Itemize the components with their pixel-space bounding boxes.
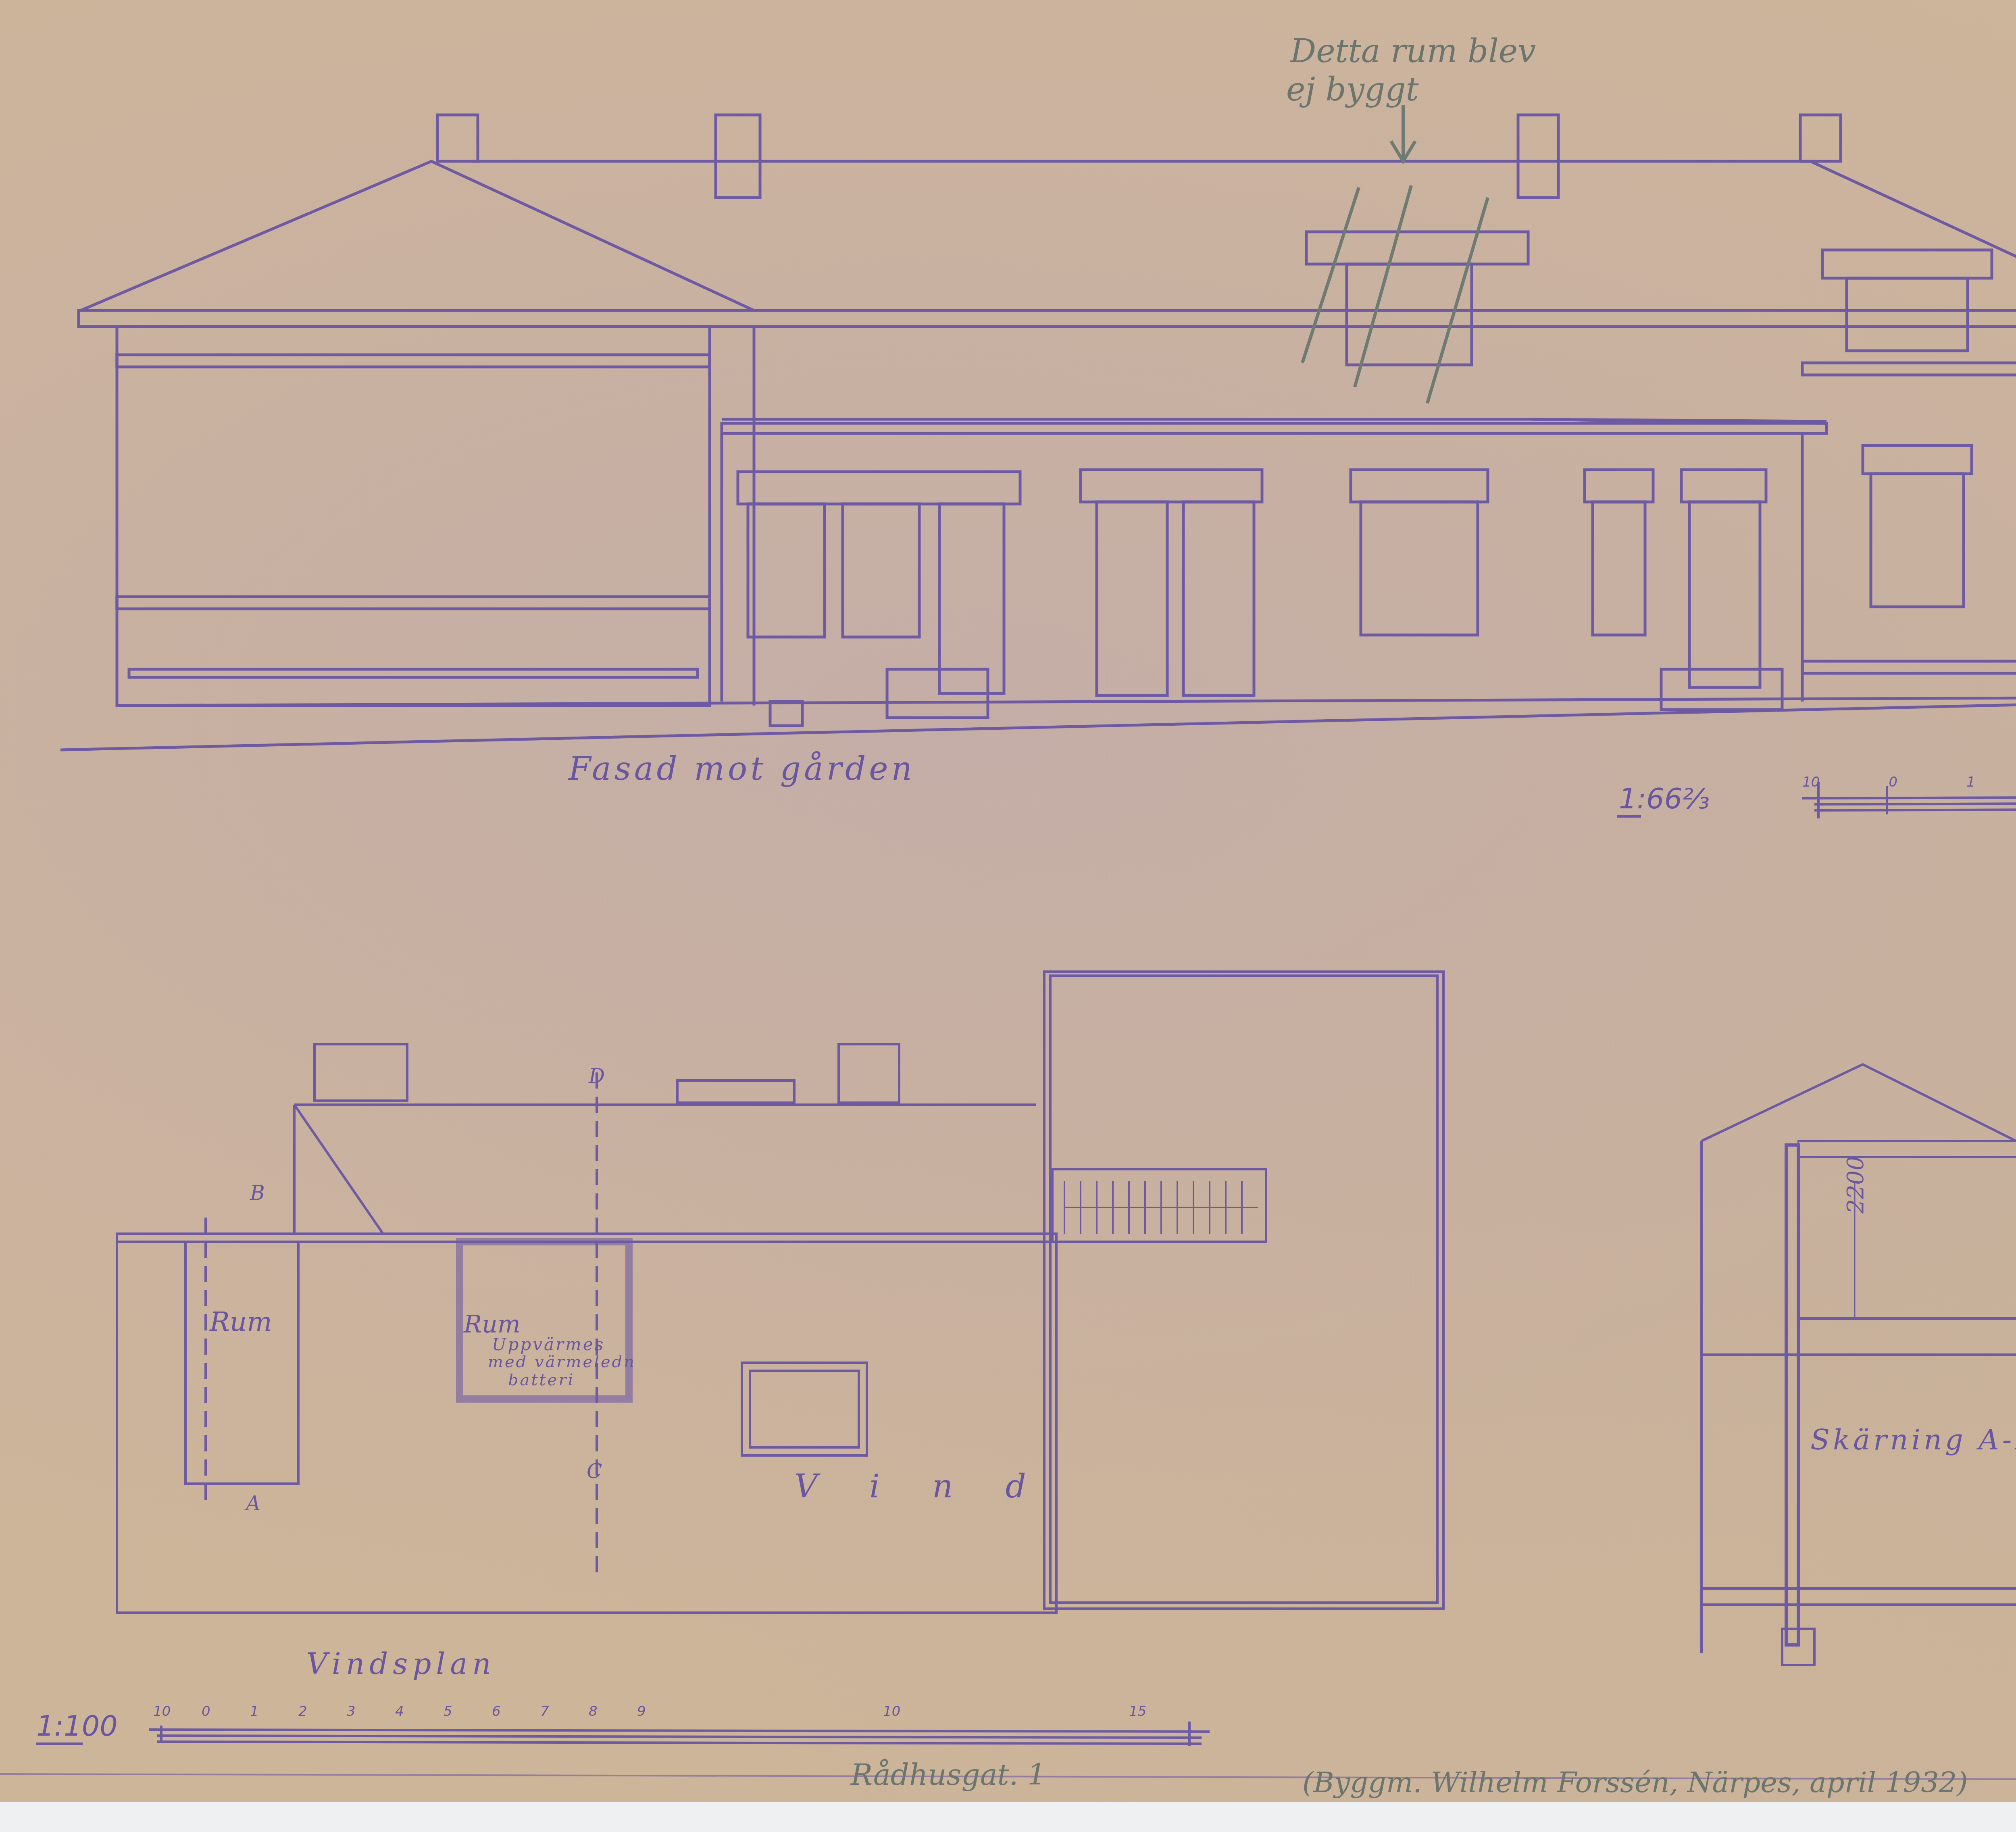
tick: 3	[347, 1703, 395, 1720]
plan-scale-ticks: 10 0 1 2 3 4 5 6 7 8 9 10 15	[153, 1703, 1202, 1720]
section-marker-b: B	[250, 1181, 265, 1205]
section-ab-dimension: 2200	[1843, 1156, 1869, 1214]
section-marker-d: D	[589, 1064, 605, 1088]
drawing-canvas	[0, 0, 2016, 1832]
tick: 2	[298, 1703, 347, 1720]
plan-scale-bar	[36, 1722, 1210, 1746]
section-ab	[1702, 1064, 2016, 1665]
pencil-note-line-2: ej byggt	[1286, 71, 1419, 108]
tick: 9	[637, 1703, 883, 1720]
tick: 7	[540, 1703, 589, 1720]
plan-label: Vindsplan	[306, 1647, 496, 1681]
tick: 4	[395, 1703, 444, 1720]
elevation-scale-label: 1:66⅔	[1619, 782, 1710, 815]
section-ab-label: Skärning A-B	[1810, 1423, 2016, 1456]
tick: 1	[1966, 774, 1975, 790]
tick: 5	[444, 1703, 492, 1720]
plan-area-label: Vind	[794, 1468, 1079, 1505]
tick: 15	[1129, 1703, 1146, 1720]
footer-address: Rådhusgat. 1	[851, 1758, 1046, 1792]
plan-stair-hatch	[1064, 1181, 1258, 1234]
attic-plan	[117, 972, 1443, 1613]
pencil-strike-dormer	[1302, 105, 1488, 403]
section-marker-c: C	[587, 1459, 602, 1483]
tick: 8	[589, 1703, 637, 1720]
facade-elevation	[60, 115, 2016, 750]
tick: 10	[883, 1703, 1129, 1720]
tick: 6	[492, 1703, 540, 1720]
pencil-note-line-1: Detta rum blev	[1290, 32, 1536, 70]
plan-room-left: Rum	[210, 1306, 272, 1337]
elevation-scale-ticks: 10 0 1 2 3 4 5 6 7 8 9 10 15	[1802, 774, 2016, 790]
tick: 0	[1889, 774, 1897, 790]
plan-scale-label: 1:100	[36, 1709, 118, 1742]
section-marker-a: A	[246, 1492, 260, 1515]
elevation-label: Fasad mot gården	[569, 750, 915, 787]
footer-signature: (Byggm. Wilhelm Forssén, Närpes, april 1…	[1302, 1766, 1968, 1799]
tick: 10	[1802, 774, 1820, 790]
tick: 1	[250, 1703, 298, 1720]
tick: 0	[202, 1703, 250, 1720]
tick: 10	[153, 1703, 202, 1720]
plan-room-note-3: batteri	[508, 1371, 575, 1389]
plan-room-note-1: Uppvärmes	[492, 1334, 605, 1354]
plan-room-note-2: med värmeledn	[488, 1353, 636, 1371]
